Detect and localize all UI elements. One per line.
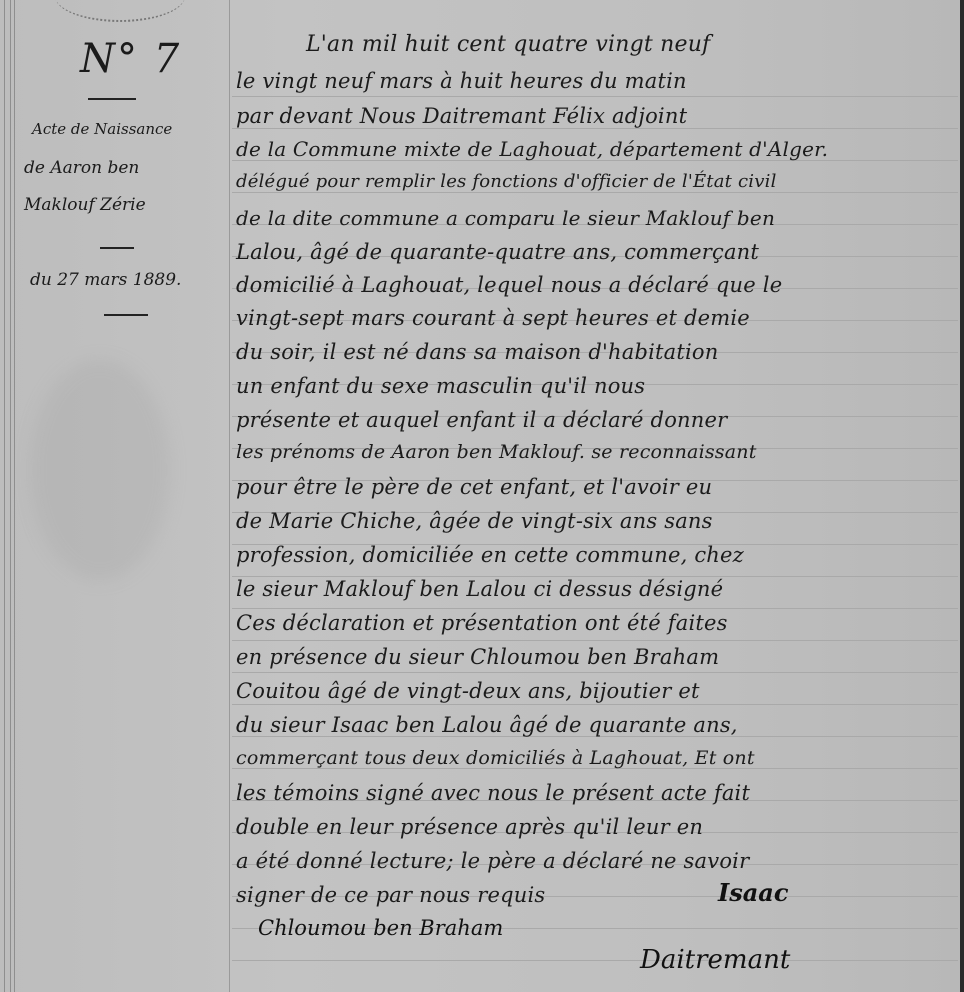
body-line: le sieur Maklouf ben Lalou ci dessus dés…: [236, 577, 723, 601]
record-number: N° 7: [80, 36, 181, 82]
body-line: les témoins signé avec nous le présent a…: [236, 781, 750, 805]
body-line: de la Commune mixte de Laghouat, départe…: [236, 137, 828, 161]
body-line: double en leur présence après qu'il leur…: [236, 815, 703, 839]
ruled-line: [232, 960, 958, 961]
body-line: pour être le père de cet enfant, et l'av…: [236, 475, 712, 499]
ruled-line: [232, 704, 958, 705]
signature-officer: Daitremant: [640, 945, 790, 975]
body-line: de Marie Chiche, âgée de vingt-six ans s…: [236, 509, 713, 533]
document-page: N° 7 Acte de Naissance de Aaron ben Makl…: [0, 0, 964, 992]
body-line: vingt-sept mars courant à sept heures et…: [236, 306, 750, 330]
body-line: Ces déclaration et présentation ont été …: [236, 611, 728, 635]
ruled-line: [232, 608, 958, 609]
body-line: délégué pour remplir les fonctions d'off…: [236, 171, 777, 192]
body-line: un enfant du sexe masculin qu'il nous: [236, 374, 645, 398]
binding-rule: [4, 0, 5, 992]
ruled-line: [232, 128, 958, 129]
stamp-arc-decoration: [55, 0, 185, 22]
margin-title: Acte de Naissance: [32, 120, 172, 138]
body-line: Lalou, âgé de quarante-quatre ans, comme…: [236, 240, 759, 264]
margin-date: du 27 mars 1889.: [30, 270, 181, 290]
binding-rule: [14, 0, 15, 992]
ruled-line: [232, 96, 958, 97]
separator-rule: [104, 314, 148, 316]
body-line: par devant Nous Daitremant Félix adjoint: [236, 104, 687, 128]
body-line: signer de ce par nous requis: [236, 883, 545, 907]
signature-witness-chloumou: Chloumou ben Braham: [258, 916, 503, 940]
body-line: domicilié à Laghouat, lequel nous a décl…: [236, 273, 782, 297]
body-line: du soir, il est né dans sa maison d'habi…: [236, 340, 719, 364]
body-line: présente et auquel enfant il a déclaré d…: [236, 408, 727, 432]
ruled-line: [232, 672, 958, 673]
separator-rule: [100, 247, 134, 249]
body-line: commerçant tous deux domiciliés à Laghou…: [236, 747, 755, 769]
margin-child-name-2: Maklouf Zérie: [24, 195, 146, 215]
body-line: a été donné lecture; le père a déclaré n…: [236, 849, 749, 873]
body-line: de la dite commune a comparu le sieur Ma…: [236, 206, 775, 230]
signature-witness-isaac: Isaac: [718, 878, 788, 907]
ruled-line: [232, 192, 958, 193]
margin-line: [229, 0, 230, 992]
margin-child-name-1: de Aaron ben: [24, 158, 139, 178]
binding-rule: [10, 0, 11, 992]
body-line: du sieur Isaac ben Lalou âgé de quarante…: [236, 713, 738, 737]
separator-rule: [88, 98, 136, 100]
ruled-line: [232, 640, 958, 641]
body-line: L'an mil huit cent quatre vingt neuf: [306, 32, 710, 57]
body-line: les prénoms de Aaron ben Maklouf. se rec…: [236, 441, 757, 463]
body-line: le vingt neuf mars à huit heures du mati…: [236, 69, 687, 93]
body-line: profession, domiciliée en cette commune,…: [236, 543, 744, 567]
body-line: en présence du sieur Chloumou ben Braham: [236, 645, 719, 669]
paper-stain: [30, 360, 170, 580]
body-line: Couitou âgé de vingt-deux ans, bijoutier…: [236, 679, 700, 703]
page-edge: [960, 0, 964, 992]
